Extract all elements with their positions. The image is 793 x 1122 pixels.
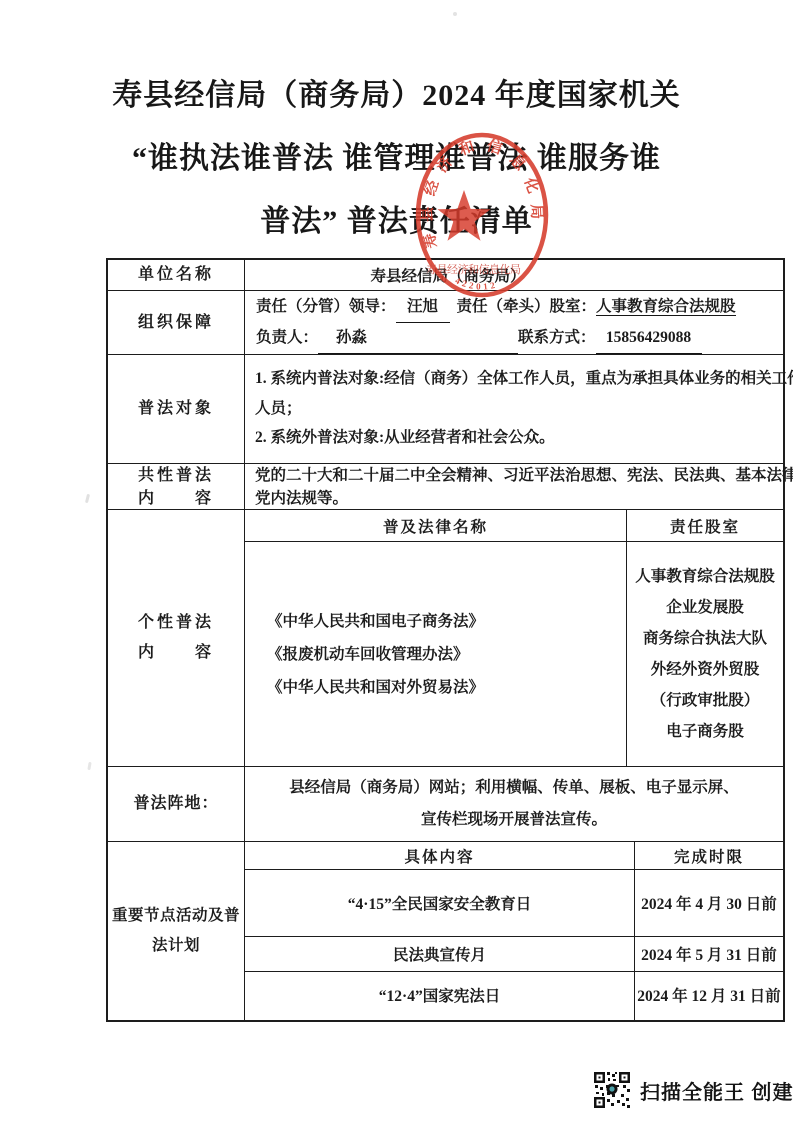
row-schedule: 重要节点活动及普 法计划 具体内容 “4·15”全民国家安全教育日 民法典宣传月… xyxy=(108,842,783,1020)
lead-office-name: 人事教育综合法规股 xyxy=(596,298,736,316)
individual-content-label: 个性普法 内 容 xyxy=(108,510,245,766)
law-item: 《中华人民共和国对外贸易法》 xyxy=(267,671,626,704)
deadline-cell: 2024 年 12 月 31 日前 xyxy=(635,972,783,1018)
targets-content: 1. 系统内普法对象:经信（商务）全体工作人员，重点为承担具体业务的相关工作 人… xyxy=(245,355,793,463)
title-line-1: 寿县经信局（商务局）2024 年度国家机关 xyxy=(0,64,793,127)
lead-office-caption: 责任（牵头）股室： xyxy=(457,298,597,315)
deadlines-column-header: 完成时限 xyxy=(635,842,783,870)
positions-content: 县经信局（商务局）网站；利用横幅、传单、展板、电子显示屏、 宣传栏现场开展普法宣… xyxy=(245,767,783,841)
law-item: 《报废机动车回收管理办法》 xyxy=(267,638,626,671)
unit-name-label: 单位名称 xyxy=(108,260,245,290)
row-positions: 普法阵地： 县经信局（商务局）网站；利用横幅、传单、展板、电子显示屏、 宣传栏现… xyxy=(108,767,783,842)
row-unit-name: 单位名称 寿县经信局（商务局） xyxy=(108,260,783,291)
qr-code-icon xyxy=(594,1072,630,1108)
departments-column-header: 责任股室 xyxy=(627,510,783,542)
title-line-2: “谁执法谁普法 谁管理谁普法 谁服务谁 xyxy=(0,127,793,190)
activity-cell: “12·4”国家宪法日 xyxy=(245,972,634,1018)
deadline-cell: 2024 年 4 月 30 日前 xyxy=(635,870,783,937)
deadline-cell: 2024 年 5 月 31 日前 xyxy=(635,937,783,972)
common-content-text: 党的二十大和二十届二中全会精神、习近平法治思想、宪法、民法典、基本法律、 党内法… xyxy=(245,464,793,509)
laws-column: 普及法律名称 《中华人民共和国电子商务法》 《报废机动车回收管理办法》 《中华人… xyxy=(245,510,626,766)
title-line-3: 普法” 普法责任清单 xyxy=(0,190,793,253)
positions-label: 普法阵地： xyxy=(108,767,245,841)
camscanner-credit-text: 扫描全能王 创建 xyxy=(640,1076,793,1105)
camscanner-logo-dot xyxy=(609,1086,614,1091)
departments-list: 人事教育综合法规股 企业发展股 商务综合执法大队 外经外资外贸股 （行政审批股）… xyxy=(627,542,783,766)
row-common-content: 共性普法 内 容 党的二十大和二十届二中全会精神、习近平法治思想、宪法、民法典、… xyxy=(108,464,783,510)
positions-line-1: 县经信局（商务局）网站；利用横幅、传单、展板、电子显示屏、 xyxy=(289,772,739,804)
department-item: 电子商务股 xyxy=(666,716,744,747)
department-item: 外经外资外贸股 xyxy=(651,654,760,685)
responsibility-table: 单位名称 寿县经信局（商务局） 组织保障 责任（分管）领导：汪旭责任（牵头）股室… xyxy=(106,258,785,1022)
common-line-1: 党的二十大和二十届二中全会精神、习近平法治思想、宪法、民法典、基本法律、 xyxy=(255,464,793,487)
departments-column: 责任股室 人事教育综合法规股 企业发展股 商务综合执法大队 外经外资外贸股 （行… xyxy=(626,510,783,766)
scan-artifact xyxy=(453,12,457,16)
schedule-label: 重要节点活动及普 法计划 xyxy=(108,842,245,1020)
positions-line-2: 宣传栏现场开展普法宣传。 xyxy=(421,804,607,836)
organization-line-1: 责任（分管）领导：汪旭责任（牵头）股室：人事教育综合法规股 xyxy=(245,292,783,323)
deadlines-column: 完成时限 2024 年 4 月 30 日前 2024 年 5 月 31 日前 2… xyxy=(634,842,783,1020)
activity-cell: “4·15”全民国家安全教育日 xyxy=(245,870,634,937)
row-organization: 组织保障 责任（分管）领导：汪旭责任（牵头）股室：人事教育综合法规股 负责人：孙… xyxy=(108,291,783,355)
individual-content-subtable: 普及法律名称 《中华人民共和国电子商务法》 《报废机动车回收管理办法》 《中华人… xyxy=(245,510,783,766)
targets-line-2: 人员； xyxy=(255,394,793,424)
schedule-subtable: 具体内容 “4·15”全民国家安全教育日 民法典宣传月 “12·4”国家宪法日 … xyxy=(245,842,783,1020)
department-item: 企业发展股 xyxy=(666,592,744,623)
targets-label: 普法对象 xyxy=(108,355,245,463)
contact-phone: 15856429088 xyxy=(596,323,702,354)
unit-name-value: 寿县经信局（商务局） xyxy=(245,260,783,290)
scanned-document-page: 寿县经信局（商务局）2024 年度国家机关 “谁执法谁普法 谁管理谁普法 谁服务… xyxy=(0,0,793,1122)
targets-line-3: 2. 系统外普法对象:从业经营者和社会公众。 xyxy=(255,423,793,453)
activities-column: 具体内容 “4·15”全民国家安全教育日 民法典宣传月 “12·4”国家宪法日 xyxy=(245,842,634,1020)
targets-line-1: 1. 系统内普法对象:经信（商务）全体工作人员，重点为承担具体业务的相关工作 xyxy=(255,364,793,394)
law-item: 《中华人民共和国电子商务法》 xyxy=(267,605,626,638)
organization-label: 组织保障 xyxy=(108,291,245,354)
document-title: 寿县经信局（商务局）2024 年度国家机关 “谁执法谁普法 谁管理谁普法 谁服务… xyxy=(0,64,793,253)
common-content-label: 共性普法 内 容 xyxy=(108,464,245,509)
department-item: 商务综合执法大队 xyxy=(643,623,767,654)
department-item: 人事教育综合法规股 xyxy=(635,561,775,592)
common-line-2: 党内法规等。 xyxy=(255,487,793,510)
scan-artifact xyxy=(85,494,90,503)
activities-column-header: 具体内容 xyxy=(245,842,634,870)
scanner-credit: 扫描全能王 创建 xyxy=(594,1072,793,1108)
leader-caption: 责任（分管）领导： xyxy=(256,298,396,315)
person-caption: 负责人： xyxy=(256,329,318,346)
activity-cell: 民法典宣传月 xyxy=(245,937,634,972)
leader-name: 汪旭 xyxy=(396,292,450,323)
department-item: （行政审批股） xyxy=(651,685,760,716)
contact-caption: 联系方式： xyxy=(518,329,596,346)
laws-list: 《中华人民共和国电子商务法》 《报废机动车回收管理办法》 《中华人民共和国对外贸… xyxy=(245,542,626,766)
row-targets: 普法对象 1. 系统内普法对象:经信（商务）全体工作人员，重点为承担具体业务的相… xyxy=(108,355,783,464)
laws-column-header: 普及法律名称 xyxy=(245,510,626,542)
person-name: 孙淼 xyxy=(318,323,518,354)
scan-artifact xyxy=(87,762,91,770)
row-individual-content: 个性普法 内 容 普及法律名称 《中华人民共和国电子商务法》 《报废机动车回收管… xyxy=(108,510,783,767)
organization-content: 责任（分管）领导：汪旭责任（牵头）股室：人事教育综合法规股 负责人：孙淼联系方式… xyxy=(245,291,783,354)
organization-line-2: 负责人：孙淼联系方式：15856429088 xyxy=(245,323,783,354)
